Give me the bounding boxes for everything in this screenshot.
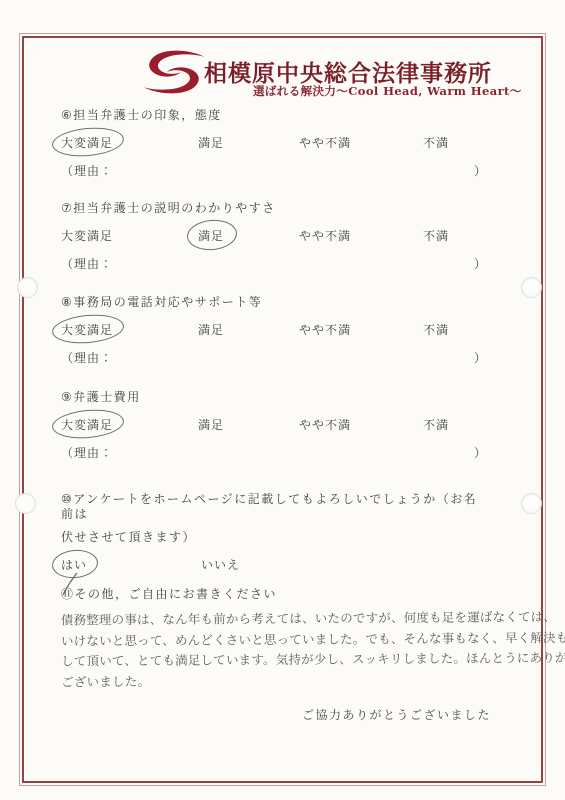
- handwritten-line: 債務整理の事は、なん年も前から考えては、いたのですが、何度も足を運ばなくては、: [61, 608, 487, 631]
- scanned-survey-page: 相模原中央総合法律事務所 選ばれる解決力～Cool Head, Warm Hea…: [0, 0, 565, 800]
- handwritten-line: して頂いて、とても満足しています。気持が少し、スッキリしました。ほんとうにありが…: [61, 649, 487, 672]
- question-10-options: はい いいえ: [61, 556, 487, 573]
- question-9: ⑨弁護士費用 大変満足 満足 やや不満 不満 （理由： ）: [61, 390, 487, 461]
- question-9-options: 大変満足 満足 やや不満 不満: [61, 416, 487, 433]
- option-very-satisfied-selected: 大変満足: [61, 134, 113, 151]
- reason-line: （理由： ）: [61, 349, 487, 366]
- option-somewhat-dissatisfied: やや不満: [299, 134, 351, 151]
- question-8-label: ⑧事務局の電話対応やサポート等: [61, 295, 487, 310]
- thanks-message: ご協力ありがとうございました: [302, 706, 491, 723]
- handwritten-line: ございました。: [61, 669, 487, 692]
- option-dissatisfied: 不満: [423, 416, 449, 433]
- option-somewhat-dissatisfied: やや不満: [299, 416, 351, 433]
- option-dissatisfied: 不満: [423, 321, 449, 338]
- punch-hole: [521, 493, 542, 514]
- reason-line: （理由： ）: [61, 444, 487, 461]
- question-7: ⑦担当弁護士の説明のわかりやすさ 大変満足 満足 やや不満 不満 （理由： ）: [61, 201, 487, 272]
- option-very-satisfied-selected: 大変満足: [61, 416, 113, 433]
- question-10-label-line2: 伏せさせて頂きます）: [61, 530, 487, 545]
- question-11-label: ⑪その他，ご自由にお書きください: [61, 587, 487, 602]
- reason-open-label: （理由：: [61, 255, 113, 272]
- reason-line: （理由： ）: [61, 162, 487, 179]
- punch-hole: [17, 277, 38, 298]
- question-6-options: 大変満足 満足 やや不満 不満: [61, 134, 487, 151]
- question-6: ⑥担当弁護士の印象，態度 大変満足 満足 やや不満 不満 （理由： ）: [61, 108, 487, 179]
- option-satisfied: 満足: [198, 416, 224, 433]
- reason-line: （理由： ）: [61, 255, 487, 272]
- reason-close-label: ）: [474, 444, 487, 461]
- option-very-satisfied: 大変満足: [61, 227, 113, 244]
- option-yes-selected: はい: [61, 556, 87, 573]
- reason-close-label: ）: [474, 162, 487, 179]
- reason-close-label: ）: [474, 255, 487, 272]
- question-6-label: ⑥担当弁護士の印象，態度: [61, 108, 487, 123]
- handwritten-comment: 債務整理の事は、なん年も前から考えては、いたのですが、何度も足を運ばなくては、 …: [61, 608, 488, 693]
- option-dissatisfied: 不満: [423, 134, 449, 151]
- question-7-label: ⑦担当弁護士の説明のわかりやすさ: [61, 201, 487, 216]
- option-no: いいえ: [201, 556, 240, 573]
- question-10: ⑩アンケートをホームページに記載してもよろしいでしょうか（お名前は 伏せさせて頂…: [61, 492, 487, 573]
- question-11: ⑪その他，ご自由にお書きください 債務整理の事は、なん年も前から考えては、いたの…: [61, 587, 487, 691]
- reason-open-label: （理由：: [61, 162, 113, 179]
- punch-hole: [521, 277, 542, 298]
- option-satisfied: 満足: [198, 134, 224, 151]
- question-9-label: ⑨弁護士費用: [61, 390, 487, 405]
- option-very-satisfied-selected: 大変満足: [61, 321, 113, 338]
- question-8-options: 大変満足 満足 やや不満 不満: [61, 321, 487, 338]
- punch-hole: [15, 493, 36, 514]
- option-somewhat-dissatisfied: やや不満: [299, 321, 351, 338]
- firm-logo-icon: [134, 48, 214, 96]
- question-7-options: 大変満足 満足 やや不満 不満: [61, 227, 487, 244]
- option-dissatisfied: 不満: [423, 227, 449, 244]
- question-10-label-line1: ⑩アンケートをホームページに記載してもよろしいでしょうか（お名前は: [61, 492, 487, 522]
- reason-open-label: （理由：: [61, 444, 113, 461]
- question-8: ⑧事務局の電話対応やサポート等 大変満足 満足 やや不満 不満 （理由： ）: [61, 295, 487, 366]
- reason-open-label: （理由：: [61, 349, 113, 366]
- option-satisfied-selected: 満足: [198, 227, 224, 244]
- option-satisfied: 満足: [198, 321, 224, 338]
- firm-tagline: 選ばれる解決力～Cool Head, Warm Heart～: [253, 83, 522, 99]
- reason-close-label: ）: [474, 349, 487, 366]
- page-border: 相模原中央総合法律事務所 選ばれる解決力～Cool Head, Warm Hea…: [19, 33, 546, 786]
- option-somewhat-dissatisfied: やや不満: [299, 227, 351, 244]
